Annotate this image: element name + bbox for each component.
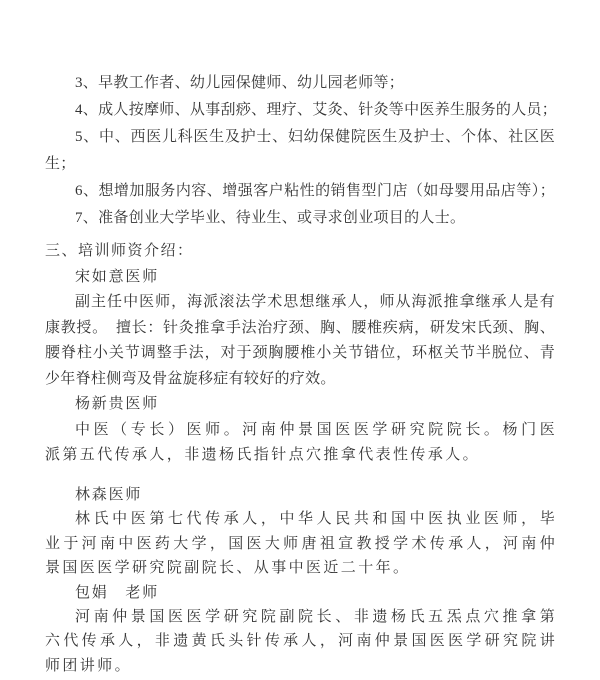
audience-item-4: 4、成人按摩师、从事刮痧、理疗、艾灸、针灸等中医养生服务的人员； — [45, 97, 555, 124]
teacher-bio-line: 师团讲师。 — [45, 654, 555, 678]
teacher-bio-line: 六代传承人，非遗黄氏头针传承人，河南仲景国医医学研究院讲 — [45, 629, 555, 653]
teacher-name-lin-sen: 林森医师 — [45, 483, 555, 507]
teacher-name-yang-xingui: 杨新贵医师 — [45, 392, 555, 418]
teacher-name-bao-juan: 包娟 老师 — [45, 581, 555, 605]
teacher-bio-line: 林氏中医第七代传承人，中华人民共和国中医执业医师，毕 — [45, 507, 555, 531]
teacher-bio-line: 副主任中医师，海派滚法学术思想继承人，师从海派推拿继承人是有 — [45, 290, 555, 316]
document-content: 3、早教工作者、幼儿园保健师、幼儿园老师等； 4、成人按摩师、从事刮痧、理疗、艾… — [0, 0, 600, 678]
audience-list: 3、早教工作者、幼儿园保健师、幼儿园老师等； 4、成人按摩师、从事刮痧、理疗、艾… — [45, 70, 555, 231]
audience-item-6: 6、想增加服务内容、增强客户粘性的销售型门店（如母婴用品店等）； — [45, 178, 555, 205]
teacher-bio-line: 康教授。 擅长：针灸推拿手法治疗颈、胸、腰椎疾病，研发宋氏颈、胸、 — [45, 316, 555, 342]
faculty-section: 三、培训师资介绍： 宋如意医师 副主任中医师，海派滚法学术思想继承人，师从海派推… — [45, 239, 555, 469]
teacher-bio-line: 中医（专长）医师。河南仲景国医医学研究院院长。杨门医 — [45, 418, 555, 444]
teacher-bio-line: 景国医医学研究院副院长、从事中医近二十年。 — [45, 556, 555, 580]
document-page: 3、早教工作者、幼儿园保健师、幼儿园老师等； 4、成人按摩师、从事刮痧、理疗、艾… — [0, 0, 600, 680]
teacher-name-song-ruyi: 宋如意医师 — [45, 265, 555, 291]
faculty-section-continued: 林森医师 林氏中医第七代传承人，中华人民共和国中医执业医师，毕 业于河南中医药大… — [45, 483, 555, 678]
audience-item-3: 3、早教工作者、幼儿园保健师、幼儿园老师等； — [45, 70, 555, 97]
teacher-bio-line: 派第五代传承人，非遗杨氏指针点穴推拿代表性传承人。 — [45, 443, 555, 469]
audience-item-5: 5、中、西医儿科医生及护士、妇幼保健院医生及护士、个体、社区医 — [45, 124, 555, 151]
audience-item-7: 7、准备创业大学毕业、待业生、或寻求创业项目的人士。 — [45, 205, 555, 232]
teacher-bio-line: 腰脊柱小关节调整手法，对于颈胸腰椎小关节错位，环枢关节半脱位、青 — [45, 341, 555, 367]
teacher-bio-line: 业于河南中医药大学，国医大师唐祖宣教授学术传承人，河南仲 — [45, 532, 555, 556]
faculty-heading: 三、培训师资介绍： — [45, 239, 555, 265]
teacher-bio-line: 河南仲景国医医学研究院副院长、非遗杨氏五炁点穴推拿第 — [45, 605, 555, 629]
audience-item-5-wrap: 生； — [45, 151, 555, 178]
teacher-bio-line: 少年脊柱侧弯及骨盆旋移症有较好的疗效。 — [45, 367, 555, 393]
